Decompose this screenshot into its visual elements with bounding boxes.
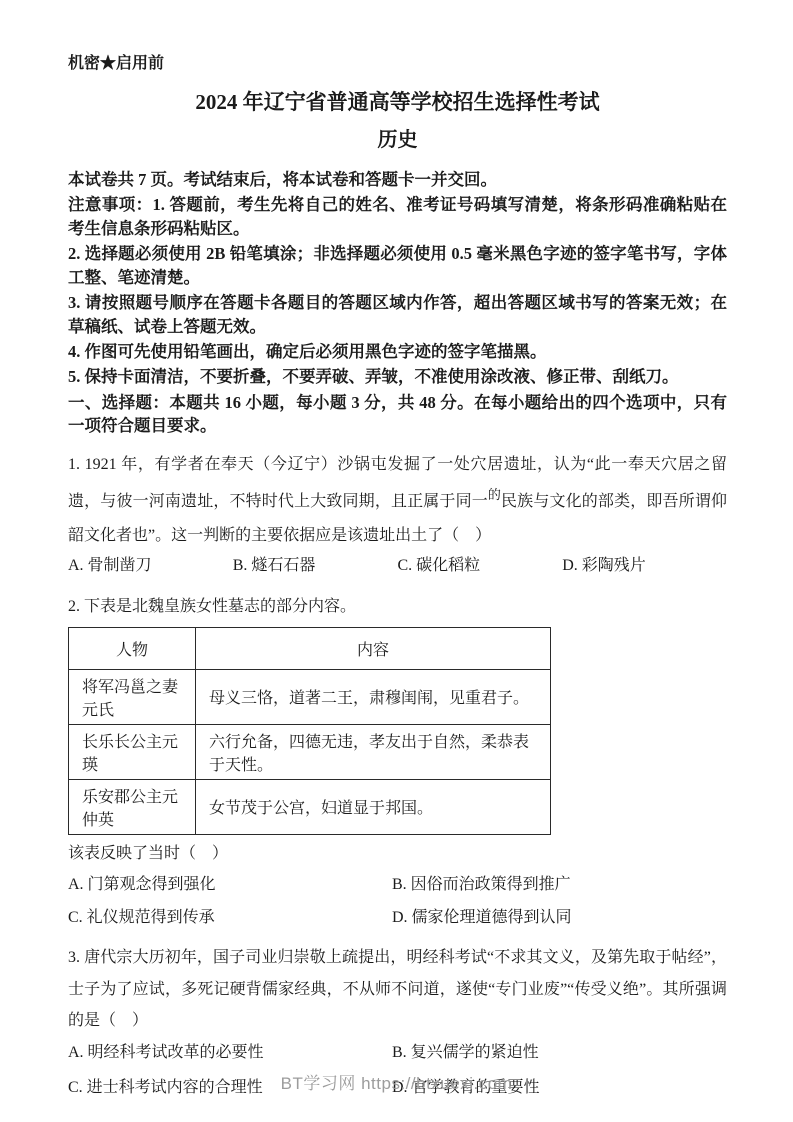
q2-options: A. 门第观念得到强化 B. 因俗而治政策得到推广 C. 礼仪规范得到传承 D.… <box>68 873 727 930</box>
content-cell: 六行允备，四德无违，孝友出于自然，柔恭表于天性。 <box>196 724 551 779</box>
question-2: 2. 下表是北魏皇族女性墓志的部分内容。 人物 内容 将军冯邕之妻元氏 母义三恪… <box>68 592 727 930</box>
content-cell: 母义三恪，道著二王，肃穆闺闱，见重君子。 <box>196 669 551 724</box>
table-row: 将军冯邕之妻元氏 母义三恪，道著二王，肃穆闺闱，见重君子。 <box>69 669 551 724</box>
notice-line: 4. 作图可先使用铅笔画出，确定后必须用黑色字迹的签字笔描黑。 <box>68 340 727 363</box>
exam-title: 2024 年辽宁省普通高等学校招生选择性考试 <box>68 88 727 117</box>
table-row: 长乐长公主元瑛 六行允备，四德无违，孝友出于自然，柔恭表于天性。 <box>69 724 551 779</box>
q1-stem-superscript: 的 <box>488 487 501 502</box>
person-header-cell: 人物 <box>69 627 196 669</box>
q2-option-c: C. 礼仪规范得到传承 <box>68 906 392 930</box>
table-header-row: 人物 内容 <box>69 627 551 669</box>
q2-option-d: D. 儒家伦理道德得到认同 <box>392 906 727 930</box>
q1-option-d: D. 彩陶残片 <box>562 554 727 578</box>
question-1: 1. 1921 年，有学者在奉天（今辽宁）沙锅屯发掘了一处穴居遗址，认为“此一奉… <box>68 448 727 579</box>
content-cell: 女节茂于公宫，妇道显于邦国。 <box>196 779 551 834</box>
q1-option-c: C. 碳化稻粒 <box>398 554 563 578</box>
q3-option-a: A. 明经科考试改革的必要性 <box>68 1041 392 1065</box>
footer-watermark: BT学习网 https://btxuexi.com <box>0 1069 793 1094</box>
q2-option-a: A. 门第观念得到强化 <box>68 873 392 897</box>
q1-stem: 1. 1921 年，有学者在奉天（今辽宁）沙锅屯发掘了一处穴居遗址，认为“此一奉… <box>68 448 727 553</box>
q3-option-b: B. 复兴儒学的紧迫性 <box>392 1041 727 1065</box>
notice-line: 本试卷共 7 页。考试结束后，将本试卷和答题卡一并交回。 <box>68 168 727 191</box>
notice-line: 3. 请按照题号顺序在答题卡各题目的答题区域内作答，超出答题区域书写的答案无效；… <box>68 291 727 338</box>
q2-intro: 2. 下表是北魏皇族女性墓志的部分内容。 <box>68 592 727 622</box>
person-cell: 长乐长公主元瑛 <box>69 724 196 779</box>
subject-title: 历史 <box>68 127 727 154</box>
q2-table: 人物 内容 将军冯邕之妻元氏 母义三恪，道著二王，肃穆闺闱，见重君子。 长乐长公… <box>68 627 551 835</box>
q2-option-b: B. 因俗而治政策得到推广 <box>392 873 727 897</box>
section-header: 一、选择题：本题共 16 小题，每小题 3 分，共 48 分。在每小题给出的四个… <box>68 391 727 438</box>
notice-line: 5. 保持卡面清洁，不要折叠，不要弄破、弄皱，不准使用涂改液、修正带、刮纸刀。 <box>68 365 727 388</box>
notice-line: 2. 选择题必须使用 2B 铅笔填涂；非选择题必须使用 0.5 毫米黑色字迹的签… <box>68 242 727 289</box>
q2-prompt: 该表反映了当时（ ） <box>68 841 727 867</box>
person-cell: 将军冯邕之妻元氏 <box>69 669 196 724</box>
q1-option-a: A. 骨制凿刀 <box>68 554 233 578</box>
exam-page: 机密★启用前 2024 年辽宁省普通高等学校招生选择性考试 历史 本试卷共 7 … <box>0 0 793 1122</box>
notices-block: 本试卷共 7 页。考试结束后，将本试卷和答题卡一并交回。 注意事项：1. 答题前… <box>68 168 727 438</box>
person-cell: 乐安郡公主元仲英 <box>69 779 196 834</box>
classification-label: 机密★启用前 <box>68 54 727 74</box>
content-header-cell: 内容 <box>196 627 551 669</box>
notice-line: 注意事项：1. 答题前，考生先将自己的姓名、准考证号码填写清楚，将条形码准确粘贴… <box>68 193 727 240</box>
q1-options: A. 骨制凿刀 B. 燧石石器 C. 碳化稻粒 D. 彩陶残片 <box>68 554 727 578</box>
q3-stem: 3. 唐代宗大历初年，国子司业归崇敬上疏提出，明经科考试“不求其文义，及第先取于… <box>68 942 727 1036</box>
table-row: 乐安郡公主元仲英 女节茂于公宫，妇道显于邦国。 <box>69 779 551 834</box>
q1-option-b: B. 燧石石器 <box>233 554 398 578</box>
